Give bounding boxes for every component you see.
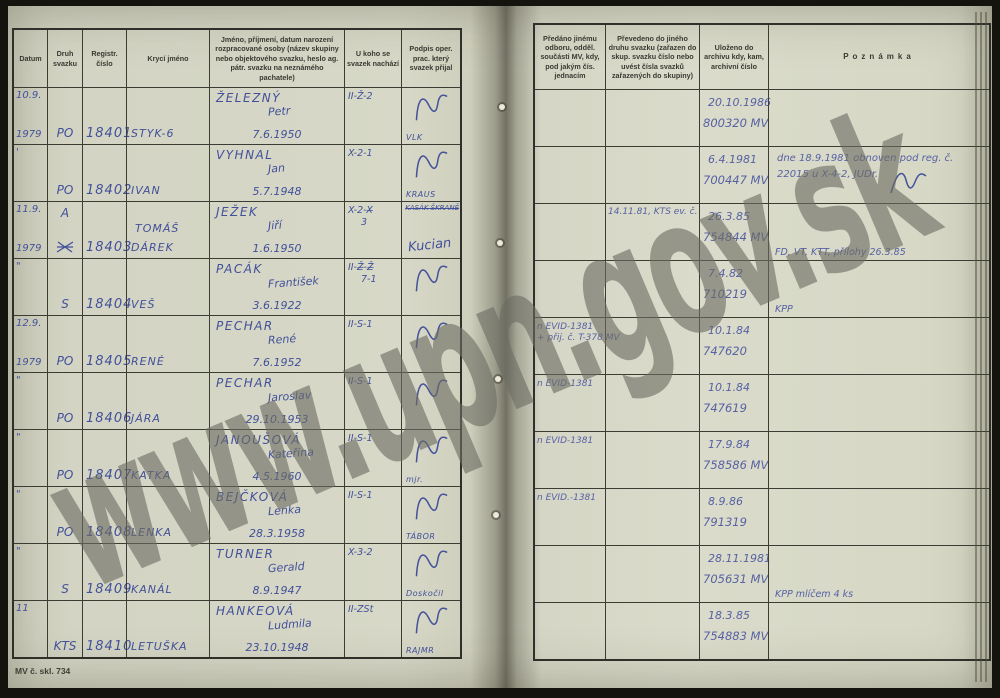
prevedeno-cell <box>605 488 699 545</box>
archivni-cislo: 754883 MV <box>703 629 768 643</box>
prevedeno-cell <box>605 260 699 317</box>
predano-cell: n EVID.-1381 <box>535 488 605 545</box>
u-koho-2: 7-1 <box>361 274 377 285</box>
u-koho: II-S-1 <box>348 433 373 444</box>
archivni-cislo: 758586 MV <box>703 458 768 472</box>
datum-cell: ' <box>14 144 47 201</box>
prevedeno-cell <box>605 89 699 146</box>
predano-cell <box>535 89 605 146</box>
krestni-jmeno: Jan <box>268 161 286 175</box>
u-koho-cell: X-2-X̶3 <box>344 201 401 258</box>
u-koho: X-2-X̶ <box>348 205 373 216</box>
poznamka: dne 18.9.1981 obnoven pod reg. č. 22015 … <box>777 151 982 183</box>
archivni-cislo: 710219 <box>703 287 747 301</box>
signature-scribble <box>408 374 455 410</box>
right-header-2: Uloženo do archivu kdy, kam, archivní čí… <box>699 25 768 89</box>
podpis-cell <box>401 372 460 429</box>
u-koho-cell: II-S-1 <box>344 486 401 543</box>
kryci-jmeno: KANÁL <box>131 583 173 596</box>
jmeno-cell: JANOUŠOVÁKateřina4.5.1960 <box>209 429 344 486</box>
kryci-jmeno-cell: LENKA <box>126 486 209 543</box>
poznamka-cell <box>768 431 989 488</box>
jmeno-cell: BEJČKOVÁLenka28.3.1958 <box>209 486 344 543</box>
poznamka-cell: dne 18.9.1981 obnoven pod reg. č. 22015 … <box>768 146 989 203</box>
ulozeno-datum: 10.1.84 <box>708 324 750 337</box>
kryci-jmeno: JÁRA <box>131 412 161 425</box>
druh-svazku-cell: PO <box>47 429 82 486</box>
right-page-table: Předáno jinému odboru, odděl. součásti M… <box>533 23 991 661</box>
form-number: MV č. skl. 734 <box>15 666 70 676</box>
krestni-jmeno: František <box>268 274 320 291</box>
datum-day: " <box>16 375 21 386</box>
podpis-jmeno: KRAUS <box>406 190 436 199</box>
prijmeni: PECHAR <box>216 319 274 333</box>
kryci-jmeno: VEŠ <box>131 298 155 311</box>
page-edge-line <box>975 12 977 682</box>
jmeno-cell: VYHNALJan5.7.1948 <box>209 144 344 201</box>
jmeno-cell: HANKEOVÁLudmila23.10.1948 <box>209 600 344 657</box>
poznamka-cell <box>768 488 989 545</box>
left-header-2: Registr. číslo <box>82 30 126 87</box>
druh-svazku: PO <box>57 183 74 197</box>
ulozeno-cell: 20.10.1986800320 MV <box>699 89 768 146</box>
druh-svazku-cell: PO <box>47 144 82 201</box>
datum-day: 12.9. <box>16 318 41 329</box>
datum-cell: 11.9.1979 <box>14 201 47 258</box>
page-edge-line <box>985 12 987 682</box>
binding-hole <box>495 376 501 382</box>
u-koho: II-S-1 <box>348 376 373 387</box>
datum-narozeni: 28.3.1958 <box>249 527 305 540</box>
signature-scribble <box>887 169 929 197</box>
podpis-cell: RAJMR <box>401 600 460 657</box>
kryci-jmeno-cell: KANÁL <box>126 543 209 600</box>
archivni-cislo: 791319 <box>703 515 747 529</box>
u-koho-cell: II-Ž-2 <box>344 87 401 144</box>
registracni-cislo-cell: 18404 <box>82 258 126 315</box>
predano-cell <box>535 602 605 659</box>
prijmeni: ŽELEZNÝ <box>216 91 281 105</box>
kryci-jmeno-cell: STYK-6 <box>126 87 209 144</box>
u-koho-cell: II-S-1 <box>344 315 401 372</box>
podpis-cell: Doskočil <box>401 543 460 600</box>
druh-svazku: PO <box>57 525 74 539</box>
kryci-jmeno-cell: IVAN <box>126 144 209 201</box>
podpis-jmeno: Kucian <box>407 236 452 255</box>
jmeno-cell: ŽELEZNÝPetr7.6.1950 <box>209 87 344 144</box>
jmeno-cell: PECHARRené7.6.1952 <box>209 315 344 372</box>
archivni-cislo: 747620 <box>703 344 747 358</box>
predano: n EVID.-1381 <box>537 493 596 503</box>
predano-cell <box>535 146 605 203</box>
datum-cell: 11 <box>14 600 47 657</box>
podpis-cell: TÁBOR <box>401 486 460 543</box>
binding-hole <box>499 104 505 110</box>
kryci-jmeno: KATKA <box>131 469 171 482</box>
druh-svazku-cell: PO <box>47 315 82 372</box>
druh-svazku-cell: S <box>47 258 82 315</box>
signature-scribble <box>408 545 455 581</box>
podpis-jmeno: mjr. <box>406 475 423 484</box>
datum-narozeni: 4.5.1960 <box>253 470 302 483</box>
predano: n EVID-1381 <box>537 322 593 332</box>
registracni-cislo-cell: 18401 <box>82 87 126 144</box>
u-koho-cell: X-3-2 <box>344 543 401 600</box>
prevedeno-cell: 14.11.81, KTS ev. č. <box>605 203 699 260</box>
datum-day: " <box>16 432 21 443</box>
datum-narozeni: 23.10.1948 <box>246 641 309 654</box>
prevedeno-cell <box>605 146 699 203</box>
poznamka-cell: KPP mlíčem 4 ks <box>768 545 989 602</box>
binding-hole <box>493 512 499 518</box>
poznamka: FD, VT, KTT, přílohy 26.3.85 <box>775 247 906 258</box>
u-koho-cell: II-Ž̶-Ž̶7-1 <box>344 258 401 315</box>
krestni-jmeno: Jiří <box>268 219 283 233</box>
poznamka-cell <box>768 89 989 146</box>
kryci-jmeno: LETUŠKA <box>131 640 188 653</box>
left-header-5: U koho se svazek nachází <box>344 30 401 87</box>
u-koho: II-S-1 <box>348 319 373 330</box>
krestni-jmeno: Kateřina <box>268 445 315 461</box>
u-koho: II-ZSt <box>348 604 373 615</box>
signature-scribble <box>408 260 455 296</box>
jmeno-cell: TURNERGerald8.9.1947 <box>209 543 344 600</box>
datum-day: 10.9. <box>16 90 41 101</box>
datum-day: " <box>16 489 21 500</box>
signature-scribble <box>408 146 455 182</box>
datum-narozeni: 5.7.1948 <box>253 185 302 198</box>
jmeno-cell: PACÁKFrantišek3.6.1922 <box>209 258 344 315</box>
datum-year: 1979 <box>16 129 41 140</box>
ulozeno-cell: 10.1.84747620 <box>699 317 768 374</box>
signature-scribble <box>408 89 455 125</box>
druh-svazku: S <box>61 582 69 596</box>
datum-cell: 10.9.1979 <box>14 87 47 144</box>
registracni-cislo-cell: 18408 <box>82 486 126 543</box>
u-koho: II-Ž-2 <box>348 91 373 102</box>
kryci-jmeno-cell: LETUŠKA <box>126 600 209 657</box>
registracni-cislo-cell: 18402 <box>82 144 126 201</box>
datum-day: 11 <box>16 603 29 614</box>
krestni-jmeno: Lenka <box>268 503 302 518</box>
left-header-1: Druh svazku <box>47 30 82 87</box>
ulozeno-cell: 8.9.86791319 <box>699 488 768 545</box>
predano-cell <box>535 545 605 602</box>
signature-scribble <box>408 431 455 467</box>
u-koho-2: 3 <box>361 217 367 228</box>
datum-narozeni: 3.6.1922 <box>253 299 302 312</box>
u-koho: X-3-2 <box>348 547 373 558</box>
datum-day: " <box>16 546 21 557</box>
kryci-jmeno-cell: VEŠ <box>126 258 209 315</box>
podpis-skrtnuty: KASÁK ŠKRANĚ <box>405 204 459 212</box>
predano-cell <box>535 260 605 317</box>
ulozeno-datum: 18.3.85 <box>708 609 750 622</box>
kryci-jmeno-2: DÁREK <box>131 241 174 254</box>
archivni-cislo: 754844 MV <box>703 230 768 244</box>
prevedeno: 14.11.81, KTS ev. č. <box>608 207 697 218</box>
predano-cell: n EVID-1381 <box>535 431 605 488</box>
strikethrough-scribble <box>55 240 75 255</box>
kryci-jmeno: RENÉ <box>131 355 165 368</box>
archivni-cislo: 800320 MV <box>703 116 768 130</box>
druh-svazku-cell: PO <box>47 372 82 429</box>
datum-cell: " <box>14 429 47 486</box>
druh-svazku-cell: PO <box>47 87 82 144</box>
kryci-jmeno: LENKA <box>131 526 172 539</box>
kryci-jmeno: TOMÁŠ <box>135 222 179 235</box>
signature-scribble <box>408 602 455 638</box>
prijmeni: HANKEOVÁ <box>216 604 295 618</box>
prijmeni: TURNER <box>216 547 274 561</box>
podpis-cell: KRAUS <box>401 144 460 201</box>
ulozeno-cell: 18.3.85754883 MV <box>699 602 768 659</box>
podpis-cell <box>401 258 460 315</box>
ulozeno-datum: 28.11.1981 <box>708 552 771 565</box>
kryci-jmeno-cell: JÁRA <box>126 372 209 429</box>
prevedeno-cell <box>605 545 699 602</box>
u-koho-cell: II-S-1 <box>344 429 401 486</box>
druh-svazku: PO <box>57 411 74 425</box>
datum-year: 1979 <box>16 357 41 368</box>
druh-svazku: PO <box>57 126 74 140</box>
datum-narozeni: 8.9.1947 <box>253 584 302 597</box>
druh-svazku: PO <box>57 354 74 368</box>
poznamka: KPP <box>775 304 793 315</box>
ulozeno-cell: 7.4.82710219 <box>699 260 768 317</box>
druh-svazku: S <box>61 297 69 311</box>
registracni-cislo-cell: 18406 <box>82 372 126 429</box>
druh-svazku-cell: KTS <box>47 600 82 657</box>
datum-cell: 12.9.1979 <box>14 315 47 372</box>
ulozeno-cell: 26.3.85754844 MV <box>699 203 768 260</box>
datum-day: 11.9. <box>16 204 41 215</box>
ulozeno-cell: 28.11.1981705631 MV <box>699 545 768 602</box>
u-koho-cell: II-S-1 <box>344 372 401 429</box>
predano-cell: n EVID-1381+ přij. č. T-378 MV <box>535 317 605 374</box>
podpis-jmeno: Doskočil <box>406 589 444 598</box>
u-koho: II-Ž̶-Ž̶ <box>348 262 373 273</box>
poznamka-cell <box>768 602 989 659</box>
ulozeno-datum: 8.9.86 <box>708 495 743 508</box>
podpis-jmeno: TÁBOR <box>406 532 435 541</box>
u-koho: X-2-1 <box>348 148 373 159</box>
registracni-cislo-cell: 18403 <box>82 201 126 258</box>
registracni-cislo-cell: 18407 <box>82 429 126 486</box>
left-page-table: DatumDruh svazkuRegistr. čísloKrycí jmén… <box>12 28 462 659</box>
podpis-cell <box>401 315 460 372</box>
prevedeno-cell <box>605 431 699 488</box>
datum-narozeni: 29.10.1953 <box>246 413 309 426</box>
krestni-jmeno: Petr <box>268 104 291 119</box>
registracni-cislo-cell: 18405 <box>82 315 126 372</box>
kryci-jmeno: IVAN <box>131 184 161 197</box>
prevedeno-cell <box>605 317 699 374</box>
datum-narozeni: 7.6.1950 <box>253 128 302 141</box>
prijmeni: PACÁK <box>216 262 263 276</box>
kryci-jmeno-cell: TOMÁŠDÁREK <box>126 201 209 258</box>
left-header-4: Jméno, příjmení, datum narození rozpraco… <box>209 30 344 87</box>
poznamka-cell <box>768 374 989 431</box>
right-header-1: Převedeno do jiného druhu svazku (zařaze… <box>605 25 699 89</box>
datum-year: 1979 <box>16 243 41 254</box>
predano-cell: n EVID-1381 <box>535 374 605 431</box>
prijmeni: JANOUŠOVÁ <box>216 433 301 447</box>
prevedeno-cell <box>605 374 699 431</box>
poznamka-cell: KPP <box>768 260 989 317</box>
druh-svazku-cell: A <box>47 201 82 258</box>
druh-svazku: KTS <box>54 639 77 653</box>
u-koho-cell: II-ZSt <box>344 600 401 657</box>
prijmeni: JEŽEK <box>216 205 258 219</box>
left-header-6: Podpis oper. prac. který svazek přijal <box>401 30 460 87</box>
binding-hole <box>497 240 503 246</box>
predano-cell <box>535 203 605 260</box>
druh-svazku: PO <box>57 468 74 482</box>
registracni-cislo-cell: 18409 <box>82 543 126 600</box>
archivni-cislo: 747619 <box>703 401 747 415</box>
ulozeno-datum: 7.4.82 <box>708 267 743 280</box>
jmeno-cell: PECHARJaroslav29.10.1953 <box>209 372 344 429</box>
datum-narozeni: 1.6.1950 <box>253 242 302 255</box>
predano: n EVID-1381 <box>537 379 593 389</box>
datum-cell: " <box>14 258 47 315</box>
datum-cell: " <box>14 543 47 600</box>
poznamka-cell: FD, VT, KTT, přílohy 26.3.85 <box>768 203 989 260</box>
krestni-jmeno: René <box>268 332 297 347</box>
ulozeno-cell: 17.9.84758586 MV <box>699 431 768 488</box>
datum-narozeni: 7.6.1952 <box>253 356 302 369</box>
ulozeno-cell: 10.1.84747619 <box>699 374 768 431</box>
u-koho-cell: X-2-1 <box>344 144 401 201</box>
ulozeno-datum: 10.1.84 <box>708 381 750 394</box>
poznamka-cell <box>768 317 989 374</box>
ulozeno-datum: 6.4.1981 <box>708 153 757 166</box>
datum-day: ' <box>16 147 19 158</box>
datum-day: " <box>16 261 21 272</box>
page-edge-line <box>980 12 982 682</box>
podpis-cell: KASÁK ŠKRANĚKucian <box>401 201 460 258</box>
ulozeno-datum: 26.3.85 <box>708 210 750 223</box>
predano: n EVID-1381 <box>537 436 593 446</box>
registracni-cislo-cell: 18410 <box>82 600 126 657</box>
ulozeno-cell: 6.4.1981700447 MV <box>699 146 768 203</box>
kryci-jmeno-cell: RENÉ <box>126 315 209 372</box>
podpis-cell: VLK <box>401 87 460 144</box>
druh-svazku: A <box>61 206 69 220</box>
prijmeni: VYHNAL <box>216 148 273 162</box>
signature-scribble <box>408 317 455 353</box>
prijmeni: BEJČKOVÁ <box>216 490 288 504</box>
krestni-jmeno: Ludmila <box>268 616 312 632</box>
datum-cell: " <box>14 372 47 429</box>
u-koho: II-S-1 <box>348 490 373 501</box>
prijmeni: PECHAR <box>216 376 274 390</box>
podpis-jmeno: RAJMR <box>406 646 434 655</box>
krestni-jmeno: Jaroslav <box>268 389 312 405</box>
kryci-jmeno: STYK-6 <box>131 127 175 140</box>
ulozeno-datum: 20.10.1986 <box>708 96 771 109</box>
ulozeno-datum: 17.9.84 <box>708 438 750 451</box>
jmeno-cell: JEŽEKJiří1.6.1950 <box>209 201 344 258</box>
kryci-jmeno-cell: KATKA <box>126 429 209 486</box>
druh-svazku-cell: S <box>47 543 82 600</box>
right-header-0: Předáno jinému odboru, odděl. součásti M… <box>535 25 605 89</box>
left-header-0: Datum <box>14 30 47 87</box>
podpis-jmeno: VLK <box>406 133 423 142</box>
archivni-cislo: 700447 MV <box>703 173 768 187</box>
poznamka: KPP mlíčem 4 ks <box>775 589 853 600</box>
right-header-3: Poznámka <box>768 25 989 89</box>
left-header-3: Krycí jméno <box>126 30 209 87</box>
druh-svazku-cell: PO <box>47 486 82 543</box>
podpis-cell: mjr. <box>401 429 460 486</box>
archivni-cislo: 705631 MV <box>703 572 768 586</box>
krestni-jmeno: Gerald <box>268 560 305 576</box>
datum-cell: " <box>14 486 47 543</box>
signature-scribble <box>408 488 455 524</box>
prevedeno-cell <box>605 602 699 659</box>
